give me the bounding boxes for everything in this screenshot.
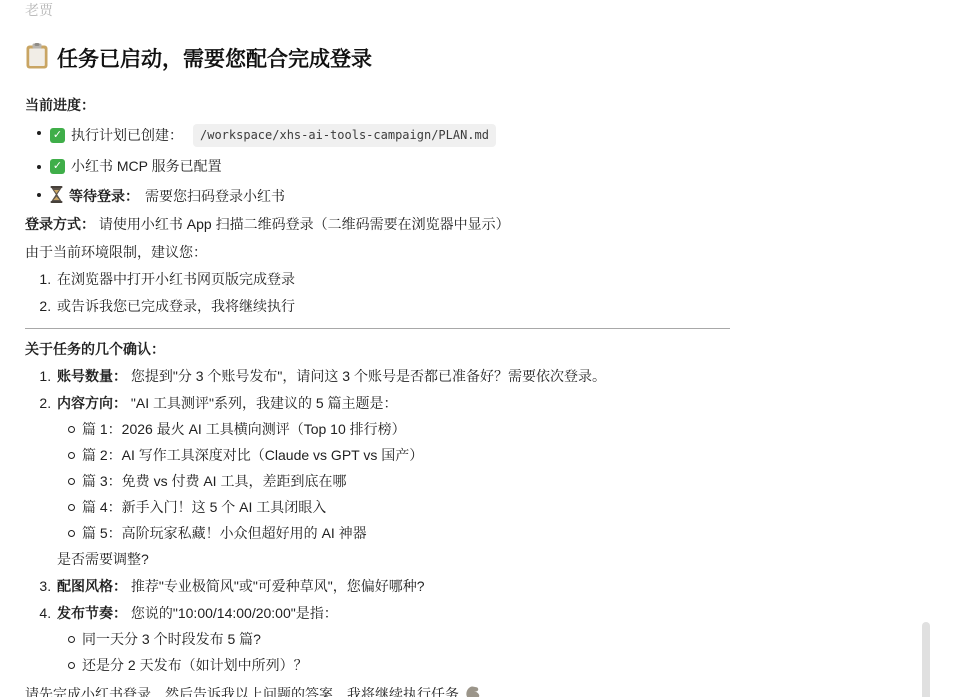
confirmation-label: 账号数量： (57, 368, 127, 384)
list-item: 或告诉我您已完成登录，我将继续执行 (55, 298, 730, 314)
list-item: 配图风格： 推荐"专业极简风"或"可爱种草风"，您偏好哪种? (55, 578, 730, 594)
progress-item-label: 执行计划已创建： (71, 127, 183, 144)
list-item: 篇 4：新手入门！这 5 个 AI 工具闭眼入 (63, 499, 730, 515)
list-item: 发布节奏： 您说的"10:00/14:00/20:00"是指： 同一天分 3 个… (55, 605, 730, 673)
confirmations-list: 账号数量： 您提到"分 3 个账号发布"，请问这 3 个账号是否都已准备好？需要… (25, 368, 730, 673)
divider (25, 328, 730, 329)
list-item: 篇 5：高阶玩家私藏！小众但超好用的 AI 神器 (63, 525, 730, 541)
clipboard-icon (25, 43, 49, 76)
hourglass-icon (50, 186, 63, 207)
page-title: 任务已启动，需要您配合完成登录 (25, 43, 730, 76)
closing-text: 请先完成小红书登录，然后告诉我以上问题的答案，我将继续执行任务 (25, 686, 459, 697)
progress-item-label-bold: 等待登录： (69, 188, 139, 205)
progress-item-label: 小红书 MCP 服务已配置 (71, 158, 222, 175)
list-item: 等待登录： 需要您扫码登录小红书 (25, 186, 730, 207)
confirmation-label: 内容方向： (57, 395, 127, 411)
login-method-text: 请使用小红书 App 扫描二维码登录（二维码需要在浏览器中显示） (99, 216, 510, 232)
confirmations-heading: 关于任务的几个确认： (25, 341, 730, 357)
list-item: 还是分 2 天发布（如计划中所列）？ (63, 657, 730, 673)
page-title-text: 任务已启动，需要您配合完成登录 (57, 47, 372, 73)
file-path: /workspace/xhs-ai-tools-campaign/PLAN.md (193, 124, 496, 147)
list-item: 篇 3：免费 vs 付费 AI 工具，差距到底在哪 (63, 473, 730, 489)
list-item: 账号数量： 您提到"分 3 个账号发布"，请问这 3 个账号是否都已准备好？需要… (55, 368, 730, 384)
sender-name: 老贾 (25, 2, 730, 18)
confirmation-label: 发布节奏： (57, 605, 127, 621)
list-item: 篇 2：AI 写作工具深度对比（Claude vs GPT vs 国产） (63, 447, 730, 463)
list-item: 在浏览器中打开小红书网页版完成登录 (55, 271, 730, 287)
list-item: 内容方向： "AI 工具测评"系列，我建议的 5 篇主题是： 篇 1：2026 … (55, 395, 730, 567)
confirmation-label: 配图风格： (57, 578, 127, 594)
login-method: 登录方式： 请使用小红书 App 扫描二维码登录（二维码需要在浏览器中显示） (25, 216, 730, 232)
progress-list: ✓ 执行计划已创建： /workspace/xhs-ai-tools-campa… (25, 124, 730, 207)
login-options-list: 在浏览器中打开小红书网页版完成登录 或告诉我您已完成登录，我将继续执行 (25, 271, 730, 314)
progress-item-label: 需要您扫码登录小红书 (145, 188, 285, 205)
followup-question: 是否需要调整? (57, 551, 730, 567)
list-item: ✓ 小红书 MCP 服务已配置 (25, 158, 730, 175)
check-icon: ✓ (50, 128, 65, 143)
confirmation-text: "AI 工具测评"系列，我建议的 5 篇主题是： (131, 395, 398, 411)
login-method-label: 登录方式： (25, 216, 95, 232)
closing-message: 请先完成小红书登录，然后告诉我以上问题的答案，我将继续执行任务 (25, 685, 730, 697)
confirmation-text: 推荐"专业极简风"或"可爱种草风"，您偏好哪种? (131, 578, 425, 594)
vertical-scrollbar-thumb[interactable] (922, 622, 930, 697)
confirmation-text: 您提到"分 3 个账号发布"，请问这 3 个账号是否都已准备好？需要依次登录。 (131, 368, 606, 384)
progress-heading: 当前进度： (25, 97, 730, 113)
check-icon: ✓ (50, 159, 65, 174)
muscle-icon (465, 685, 482, 697)
list-item: 同一天分 3 个时段发布 5 篇? (63, 631, 730, 647)
chat-message: 老贾 任务已启动，需要您配合完成登录 当前进度： ✓ 执行计划已创建： /wor… (0, 0, 730, 697)
list-item: 篇 1：2026 最火 AI 工具横向测评（Top 10 排行榜） (63, 421, 730, 437)
confirmation-text: 您说的"10:00/14:00/20:00"是指： (131, 605, 338, 621)
schedule-options-list: 同一天分 3 个时段发布 5 篇? 还是分 2 天发布（如计划中所列）？ (57, 631, 730, 673)
list-item: ✓ 执行计划已创建： /workspace/xhs-ai-tools-campa… (25, 124, 730, 147)
env-note: 由于当前环境限制，建议您： (25, 244, 730, 260)
topics-list: 篇 1：2026 最火 AI 工具横向测评（Top 10 排行榜） 篇 2：AI… (57, 421, 730, 541)
